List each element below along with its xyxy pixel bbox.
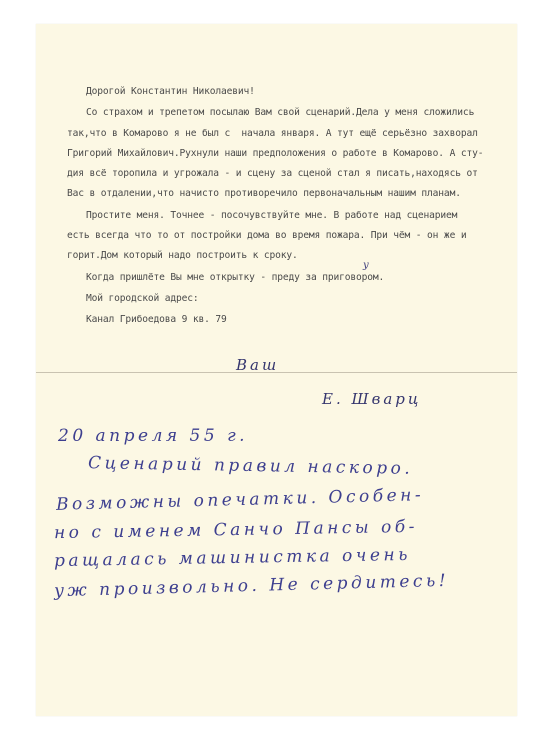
typed-line-8: горит.Дом который надо построить к сроку… bbox=[67, 250, 298, 261]
typed-line-1: Со страхом и трепетом посылаю Вам свой с… bbox=[86, 107, 474, 118]
salutation: Дорогой Константин Николаевич! bbox=[86, 86, 255, 97]
handwritten-date: 20 апреля 55 г. bbox=[58, 426, 248, 446]
typed-line-2: так,что в Комарово я не был с начала янв… bbox=[67, 128, 478, 139]
handwritten-line-2: Возможны опечатки. Особен- bbox=[56, 485, 425, 515]
typed-line-4: дия всё торопила и угрожала - и сцену за… bbox=[67, 168, 478, 179]
handwritten-line-1: Сценарий правил наскоро. bbox=[88, 453, 414, 479]
typed-line-6: Простите меня. Точнее - посочувствуйте м… bbox=[86, 210, 457, 221]
handwritten-line-5: уж произвольно. Не сердитесь! bbox=[54, 571, 449, 601]
typed-line-10: Мой городской адрес: bbox=[86, 293, 199, 304]
handwritten-line-3: но с именем Санчо Пансы об- bbox=[54, 517, 418, 543]
signature-closing: Ваш bbox=[236, 356, 279, 374]
typed-line-9: Когда пришлёте Вы мне открытку - преду з… bbox=[86, 272, 384, 283]
handwritten-line-4: ращалась машинистка очень bbox=[54, 545, 411, 571]
typed-line-7: есть всегда что то от постройки дома во … bbox=[67, 230, 466, 241]
handwritten-correction: у bbox=[363, 260, 369, 271]
signature-name: Е. Шварц bbox=[322, 390, 421, 408]
typed-line-11: Канал Грибоедова 9 кв. 79 bbox=[86, 314, 227, 325]
letter-page: Дорогой Константин Николаевич! Со страхо… bbox=[36, 24, 517, 716]
typed-line-5: Вас в отдалении,что начисто противоречил… bbox=[67, 188, 461, 199]
typed-line-3: Григорий Михайлович.Рухнули наши предпол… bbox=[67, 148, 483, 159]
